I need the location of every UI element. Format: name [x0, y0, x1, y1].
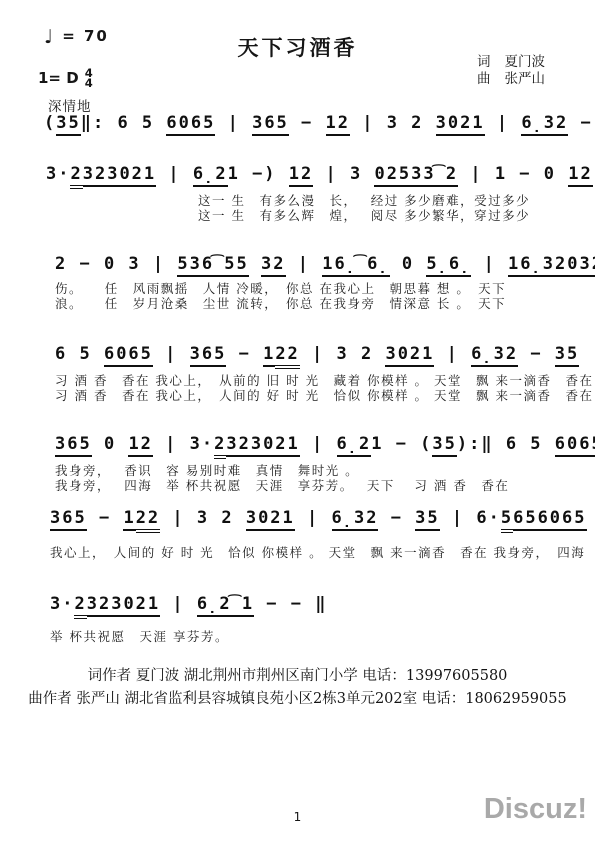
note-group: | 3: [313, 163, 374, 185]
note-group: | 6·: [579, 343, 595, 365]
note-group: |: [215, 112, 252, 134]
composer-credit: 曲 张严山: [477, 71, 545, 88]
note-group: 2: [74, 593, 86, 619]
note-group: 0321: [567, 253, 595, 277]
note-group: 1 − (: [371, 433, 432, 455]
note-group: 3·: [50, 593, 74, 615]
lyrics-block: 伤。 任 风雨飘摇 人情 冷暖， 你总 在我心上 朝思暮 想 。 天下浪。 任 …: [55, 282, 595, 311]
note-group: 3021: [436, 112, 485, 136]
note-group: [249, 253, 261, 275]
lyrics-block: 习 酒 香 香在 我心上， 从前的 旧 时 光 藏着 你模样 。 天堂 飘 来一…: [55, 374, 595, 403]
notation-line: 2 − 0 3 | 536͡55 32 | 16̣͡6̣ 0 5̣6̣ | 16…: [55, 253, 595, 277]
note-group: | 3 2: [160, 507, 246, 529]
music-system: 3·2323021 | 6̣21 −) 12 | 3 02533͡2 | 1 −…: [46, 163, 595, 223]
note-group: 12: [128, 433, 152, 457]
note-group: |: [587, 507, 595, 529]
note-group: 323021: [87, 593, 160, 617]
note-group: −: [568, 112, 595, 134]
note-group: ‖:: [81, 112, 105, 134]
note-group: 6̣2: [337, 433, 372, 457]
notation-line: (35‖: 6 5 6065 | 365 − 12 | 3 2 3021 | 6…: [44, 112, 595, 138]
note-group: |: [434, 343, 471, 365]
note-group: |: [160, 593, 197, 615]
music-system: (35‖: 6 5 6065 | 365 − 12 | 3 2 3021 | 6…: [44, 112, 595, 138]
lyric-line: 伤。 任 风雨飘摇 人情 冷暖， 你总 在我心上 朝思暮 想 。 天下: [55, 282, 595, 297]
note-group: |: [295, 507, 332, 529]
note-group: −: [289, 112, 326, 134]
note-group: 2 − 0 3 |: [55, 253, 177, 275]
time-signature: 4 4: [85, 68, 93, 88]
note-group: 2: [70, 163, 82, 189]
note-group: 0: [92, 433, 129, 455]
note-group: 12: [568, 163, 592, 187]
note-group: | 6·: [440, 507, 501, 529]
note-group: |: [300, 433, 337, 455]
note-group: (: [44, 112, 56, 134]
note-group: 1 −): [228, 163, 289, 185]
lyrics-block: 我心上， 人间的 好 时 光 恰似 你模样 。 天堂 飘 来一滴香 香在 我身旁…: [50, 546, 595, 561]
lyric-line: 这一 生 有多么漫 长， 经过 多少磨难，受过多少: [198, 194, 595, 209]
note-group: | 1 − 0: [458, 163, 568, 185]
note-group: 0: [390, 253, 427, 275]
note-group: 6065: [166, 112, 215, 136]
lyric-line: 浪。 任 岁月沧桑 尘世 流转， 你总 在我身旁 情深意 长 。 天下: [55, 297, 595, 312]
note-group: −: [518, 343, 555, 365]
note-group: 365: [190, 343, 227, 367]
note-group: |: [153, 343, 190, 365]
note-group: 35: [56, 112, 80, 136]
note-group: 1: [263, 343, 275, 367]
note-group: |: [471, 253, 508, 275]
lyrics-block: 举 杯共祝愿 天涯 享芬芳。: [50, 630, 327, 645]
note-group: 656065: [513, 507, 586, 531]
note-group: 1: [123, 507, 135, 531]
note-group: 6̣32: [521, 112, 568, 136]
composer-name: 张严山: [505, 71, 546, 88]
lyrics-block: 我身旁， 香识 容 易别时难 真情 舞时光 。我身旁， 四海 举 杯共祝愿 天涯…: [55, 464, 595, 493]
note-group: 22: [136, 507, 160, 533]
lyric-line: 我身旁， 香识 容 易别时难 真情 舞时光 。: [55, 464, 595, 479]
lyricist-contact-line: 词作者 夏门波 湖北荆州市荆州区南门小学 电话：13997605580: [0, 664, 595, 685]
note-group: 323021: [83, 163, 156, 187]
lyric-line: 举 杯共祝愿 天涯 享芬芳。: [50, 630, 327, 645]
note-group: | 3 2: [350, 112, 436, 134]
music-system: 365 − 122 | 3 2 3021 | 6̣32 − 35 | 6·565…: [50, 507, 595, 561]
key-signature: 1= D 4 4: [38, 68, 93, 88]
note-group: 3·: [46, 163, 70, 185]
note-group: 0253: [374, 163, 423, 187]
note-group: −: [226, 343, 263, 365]
notation-line: 365 0 12 | 3·2323021 | 6̣21 − (35):‖ 6 5…: [55, 433, 595, 459]
note-group: ):‖ 6 5: [457, 433, 555, 455]
key-label: 1= D: [38, 69, 79, 87]
note-group: 6̣2͡1: [197, 593, 254, 617]
lyricist-credit: 词 夏门波: [477, 54, 545, 71]
note-group: 365: [50, 507, 87, 531]
lyricist-role-label: 词: [477, 54, 491, 71]
note-group: | 3·: [153, 433, 214, 455]
notation-line: 3·2323021 | 6̣2͡1 − − ‖: [50, 593, 327, 619]
note-group: 3͡2: [423, 163, 458, 187]
note-group: 32: [261, 253, 285, 277]
composer-role-label: 曲: [477, 71, 491, 88]
note-group: 12: [289, 163, 313, 187]
note-group: 35: [555, 343, 579, 367]
note-group: − − ‖: [254, 593, 327, 615]
sheet-music-page: ♩ = 70 天下习酒香 词 夏门波 曲 张严山 1= D 4 4 深情地 (3…: [0, 0, 595, 841]
time-signature-denominator: 4: [85, 78, 93, 88]
music-system: 6 5 6065 | 365 − 122 | 3 2 3021 | 6̣32 −…: [55, 343, 595, 403]
note-group: 3021: [246, 507, 295, 531]
note-group: 536͡55: [177, 253, 248, 277]
music-system: 3·2323021 | 6̣2͡1 − − ‖举 杯共祝愿 天涯 享芬芳。: [50, 593, 327, 645]
lyrics-block: 这一 生 有多么漫 长， 经过 多少磨难，受过多少这一 生 有多么辉 煌， 阅尽…: [198, 194, 595, 223]
credits: 词 夏门波 曲 张严山: [477, 54, 545, 88]
note-group: −: [87, 507, 124, 529]
note-group: |: [156, 163, 193, 185]
note-group: 6 5: [105, 112, 166, 134]
lyric-line: 我身旁， 四海 举 杯共祝愿 天涯 享芬芳。 天下 习 酒 香 香在: [55, 479, 595, 494]
note-group: 5̣6̣: [426, 253, 471, 277]
note-group: 6065: [555, 433, 595, 457]
music-system: 365 0 12 | 3·2323021 | 6̣21 − (35):‖ 6 5…: [55, 433, 595, 493]
lyricist-name: 夏门波: [505, 54, 546, 71]
lyric-line: 这一 生 有多么辉 煌， 阅尽 多少繁华，穿过多少: [198, 209, 595, 224]
note-group: 16̣͡6̣: [322, 253, 389, 277]
note-group: 5: [501, 507, 513, 533]
note-group: 22: [275, 343, 299, 369]
note-group: 6̣32: [332, 507, 379, 531]
note-group: 323021: [226, 433, 299, 457]
note-group: 2: [214, 433, 226, 459]
note-group: 365: [55, 433, 92, 457]
note-group: 16̣32: [508, 253, 567, 277]
lyric-line: 习 酒 香 香在 我心上， 从前的 旧 时 光 藏着 你模样 。 天堂 飘 来一…: [55, 374, 595, 389]
note-group: 6̣2: [193, 163, 228, 187]
music-system: 2 − 0 3 | 536͡55 32 | 16̣͡6̣ 0 5̣6̣ | 16…: [55, 253, 595, 311]
lyric-line: 习 酒 香 香在 我心上， 人间的 好 时 光 恰似 你模样 。 天堂 飘 来一…: [55, 389, 595, 404]
note-group: 35: [432, 433, 456, 457]
note-group: −: [378, 507, 415, 529]
note-group: |: [485, 112, 522, 134]
note-group: 12: [326, 112, 350, 136]
notation-line: 6 5 6065 | 365 − 122 | 3 2 3021 | 6̣32 −…: [55, 343, 595, 369]
discuz-watermark: Discuz!: [484, 793, 587, 826]
note-group: |: [286, 253, 323, 275]
composer-contact-line: 曲作者 张严山 湖北省监利县容城镇良苑小区2栋3单元202室 电话：180629…: [0, 687, 595, 708]
note-group: | 3 2: [300, 343, 386, 365]
note-group: 365: [252, 112, 289, 136]
note-group: 35: [415, 507, 439, 531]
notation-line: 3·2323021 | 6̣21 −) 12 | 3 02533͡2 | 1 −…: [46, 163, 595, 189]
note-group: 6 5: [55, 343, 104, 365]
lyric-line: 我心上， 人间的 好 时 光 恰似 你模样 。 天堂 飘 来一滴香 香在 我身旁…: [50, 546, 595, 561]
note-group: 3021: [385, 343, 434, 367]
note-group: 6̣32: [471, 343, 518, 367]
note-group: 6065: [104, 343, 153, 367]
notation-line: 365 − 122 | 3 2 3021 | 6̣32 − 35 | 6·565…: [50, 507, 595, 533]
